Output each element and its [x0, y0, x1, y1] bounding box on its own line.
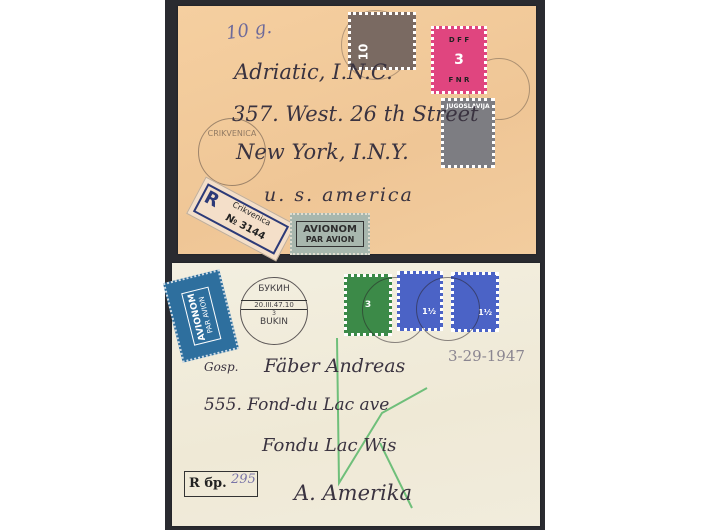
airmail-line-2: PAR AVION	[303, 235, 357, 244]
postmark-bukin-on-stamp-2	[416, 277, 480, 341]
address-line-2: 555. Fond-du Lac ave	[204, 395, 389, 415]
address-line-3: New York, I.N.Y.	[236, 140, 409, 164]
registration-label-text: R бр.	[189, 476, 227, 491]
salutation: Gosp.	[204, 360, 238, 374]
stamp-magenta-overprint: D F F 3 F N R	[431, 26, 487, 94]
address-line-1: Fäber Andreas	[264, 355, 405, 377]
registration-box: R бр. 295	[184, 471, 258, 497]
pencil-note: 10 g.	[225, 17, 273, 44]
address-line-2: 357. West. 26 th Street	[232, 102, 479, 126]
airmail-line-1: AVIONOM	[303, 224, 357, 235]
airmail-label-blue: AVIONOM PAR AVION	[163, 269, 239, 363]
envelope-cover-1: 10 g. CRIKVENICA 10 D F F 3 F N R JUGOSL…	[178, 6, 536, 254]
postmark-text: CRIKVENICA	[199, 129, 265, 138]
registration-number: 295	[231, 472, 256, 487]
address-line-1: Adriatic, I.N.C.	[234, 60, 393, 84]
address-line-4: u. s. america	[264, 184, 414, 206]
address-line-3: Fondu Lac Wis	[262, 435, 396, 456]
airmail-label-grey: AVIONOM PAR AVION	[290, 213, 370, 255]
address-line-4: A. Amerika	[294, 481, 412, 505]
postmark-bukin: БУКИН 20.III.47.10 3 BUKIN	[240, 277, 308, 345]
envelope-cover-2: AVIONOM PAR AVION БУКИН 20.III.47.10 3 B…	[172, 263, 540, 526]
